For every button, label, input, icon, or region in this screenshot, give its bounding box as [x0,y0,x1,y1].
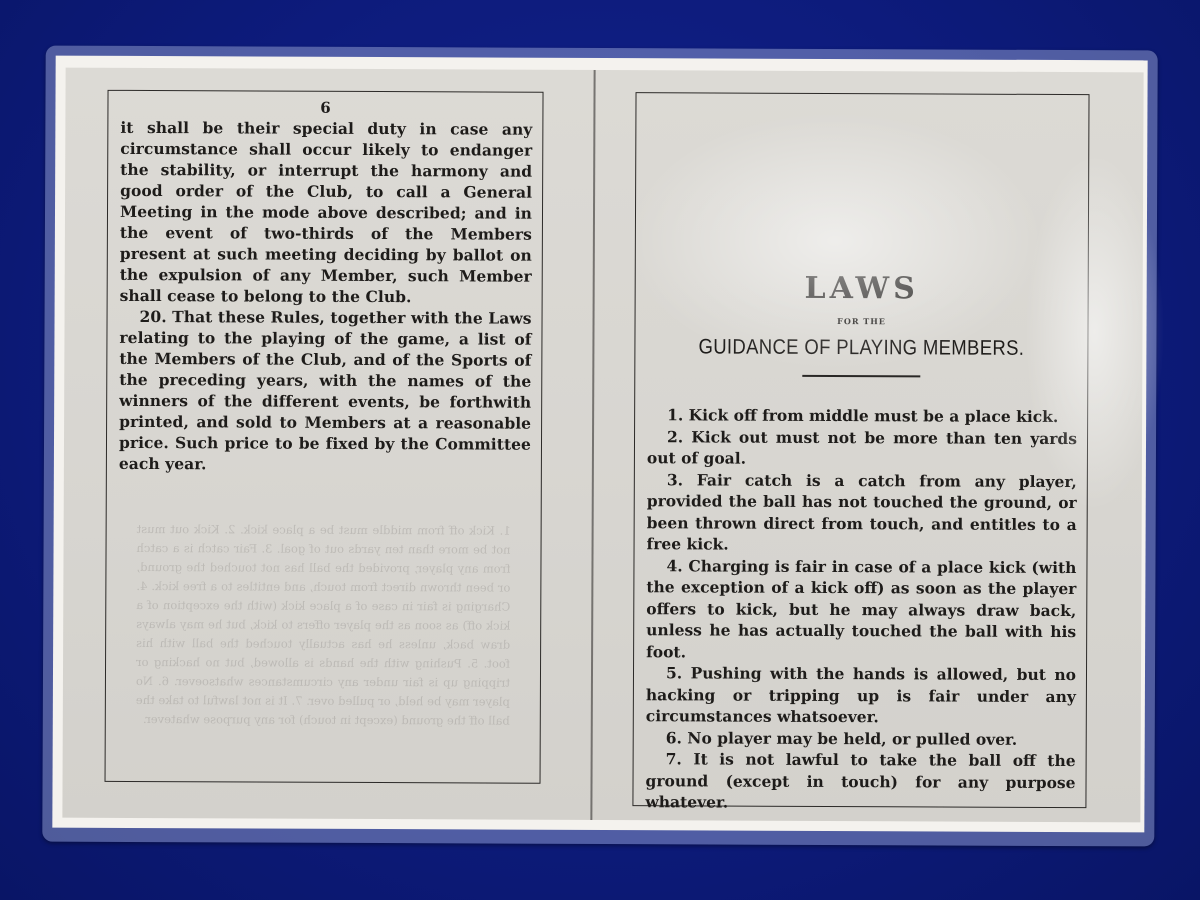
laws-heading: LAWS [636,271,1088,307]
law-item-3: 3. Fair catch is a catch from any player… [647,469,1077,557]
photo-print: 6 it shall be their special duty in case… [52,56,1147,833]
right-page: LAWS FOR THE GUIDANCE OF PLAYING MEMBERS… [632,92,1089,808]
rule-20-paragraph: 20. That these Rules, together with the … [119,306,532,476]
for-the-label: FOR THE [636,314,1088,328]
heading-divider [802,375,920,378]
book-gutter [590,70,595,820]
law-item-5: 5. Pushing with the hands is allowed, bu… [646,662,1076,728]
show-through-text: 1. Kick off from middle must be a place … [106,520,541,731]
law-item-2: 2. Kick out must not be more than ten ya… [647,426,1077,471]
law-item-7: 7. It is not lawful to take the ball off… [645,748,1075,814]
laws-subtitle: GUIDANCE OF PLAYING MEMBERS. [662,332,1060,364]
page-number: 6 [108,97,542,119]
left-page: 6 it shall be their special duty in case… [105,90,544,784]
rules-text: it shall be their special duty in case a… [107,117,543,476]
law-item-6: 6. No player may be held, or pulled over… [646,727,1076,750]
law-item-4: 4. Charging is fair in case of a place k… [646,555,1076,664]
law-item-1: 1. Kick off from middle must be a place … [647,404,1077,427]
laws-list: 1. Kick off from middle must be a place … [633,404,1087,814]
rule-paragraph: it shall be their special duty in case a… [120,117,533,308]
scanned-spread: 6 it shall be their special duty in case… [62,68,1143,823]
